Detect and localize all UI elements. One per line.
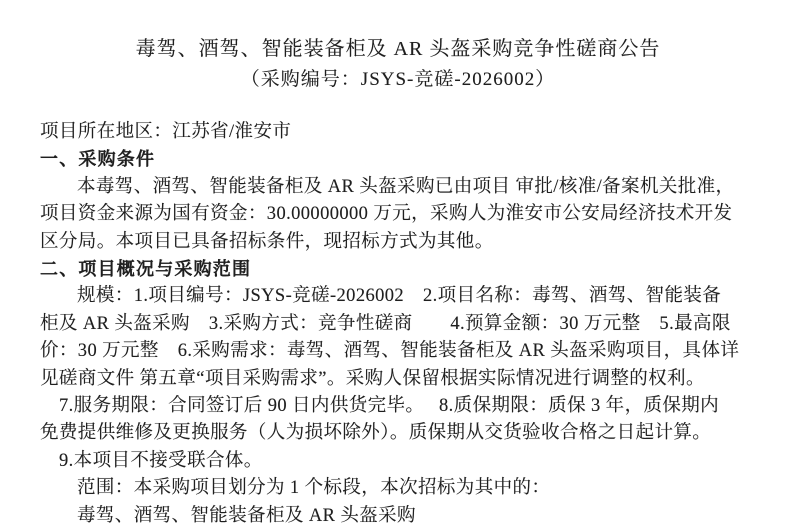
doc-line: 本毒驾、酒驾、智能装备柜及 AR 头盔采购已由项目 审批/核准/备案机关批准， [40, 174, 762, 201]
doc-line: 规模：1.项目编号：JSYS-竞磋-2026002 2.项目名称：毒驾、酒驾、智… [40, 283, 762, 310]
doc-line: 7.服务期限：合同签订后 90 日内供货完毕。 8.质保期限：质保 3 年，质保… [40, 393, 762, 420]
project-location-line: 项目所在地区：江苏省/淮安市 [40, 119, 762, 146]
doc-line: 柜及 AR 头盔采购 3.采购方式：竞争性磋商 4.预算金额：30 万元整 5.… [40, 311, 762, 338]
doc-line: 见磋商文件 第五章“项目采购需求”。采购人保留根据实际情况进行调整的权利。 [40, 366, 762, 393]
document-page: 毒驾、酒驾、智能装备柜及 AR 头盔采购竞争性磋商公告 （采购编号：JSYS-竞… [0, 0, 796, 532]
doc-line: 免费提供维修及更换服务（人为损坏除外）。质保期从交货验收合格之日起计算。 [40, 420, 762, 447]
document-title: 毒驾、酒驾、智能装备柜及 AR 头盔采购竞争性磋商公告 [0, 34, 796, 64]
doc-line: 价：30 万元整 6.采购需求：毒驾、酒驾、智能装备柜及 AR 头盔采购项目，具… [40, 338, 762, 365]
procurement-number: （采购编号：JSYS-竞磋-2026002） [0, 64, 796, 96]
section-1-heading: 一、采购条件 [40, 146, 762, 173]
doc-line: 9.本项目不接受联合体。 [40, 448, 762, 475]
doc-line: 毒驾、酒驾、智能装备柜及 AR 头盔采购 [40, 503, 762, 530]
doc-line: 项目资金来源为国有资金：30.00000000 万元，采购人为淮安市公安局经济技… [40, 201, 762, 228]
document-body: 项目所在地区：江苏省/淮安市 一、采购条件 本毒驾、酒驾、智能装备柜及 AR 头… [40, 119, 762, 530]
document-header: 毒驾、酒驾、智能装备柜及 AR 头盔采购竞争性磋商公告 （采购编号：JSYS-竞… [0, 34, 796, 96]
doc-line: 范围：本采购项目划分为 1 个标段，本次招标为其中的： [40, 475, 762, 502]
doc-line: 区分局。本项目已具备招标条件，现招标方式为其他。 [40, 229, 762, 256]
section-2-heading: 二、项目概况与采购范围 [40, 256, 762, 283]
